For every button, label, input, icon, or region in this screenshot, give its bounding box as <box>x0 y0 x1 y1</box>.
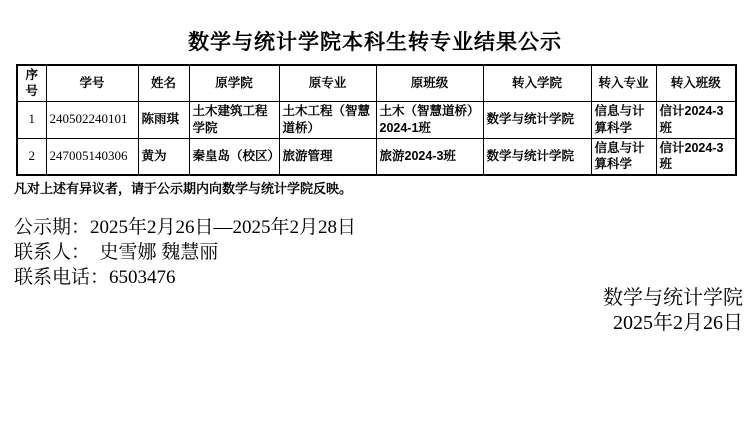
publicity-period: 公示期：2025年2月26日—2025年2月28日 <box>14 215 356 240</box>
cell-target-major: 信息与计算科学 <box>591 101 656 138</box>
contact-phone: 联系电话：6503476 <box>14 265 356 290</box>
cell-original-college: 土木建筑工程学院 <box>189 101 279 138</box>
cell-name: 黄为 <box>138 138 189 175</box>
page-title: 数学与统计学院本科生转专业结果公示 <box>0 26 750 56</box>
cell-target-college: 数学与统计学院 <box>483 138 591 175</box>
cell-target-major: 信息与计算科学 <box>591 138 656 175</box>
col-header-index: 序号 <box>17 65 46 101</box>
table-row: 1 240502240101 陈雨琪 土木建筑工程学院 土木工程（智慧道桥） 土… <box>17 101 736 138</box>
announcement-document: 数学与统计学院本科生转专业结果公示 序号 学号 姓名 原学院 原专业 原班级 转… <box>0 0 750 434</box>
contact-block: 公示期：2025年2月26日—2025年2月28日 联系人： 史雪娜 魏慧丽 联… <box>14 215 356 290</box>
signature-college: 数学与统计学院 <box>603 286 743 311</box>
col-header-student-id: 学号 <box>46 65 138 101</box>
cell-original-college: 秦皇岛（校区） <box>189 138 279 175</box>
col-header-target-major: 转入专业 <box>591 65 656 101</box>
col-header-original-college: 原学院 <box>189 65 279 101</box>
transfer-results-table: 序号 学号 姓名 原学院 原专业 原班级 转入学院 转入专业 转入班级 1 24… <box>16 64 737 176</box>
cell-original-major: 土木工程（智慧道桥） <box>279 101 376 138</box>
cell-student-id: 240502240101 <box>46 101 138 138</box>
col-header-target-class: 转入班级 <box>656 65 736 101</box>
cell-student-id: 247005140306 <box>46 138 138 175</box>
signature-date: 2025年2月26日 <box>603 311 743 336</box>
cell-target-college: 数学与统计学院 <box>483 101 591 138</box>
table-row: 2 247005140306 黄为 秦皇岛（校区） 旅游管理 旅游2024-3班… <box>17 138 736 175</box>
col-header-original-major: 原专业 <box>279 65 376 101</box>
cell-index: 1 <box>17 101 46 138</box>
cell-target-class: 信计2024-3班 <box>656 101 736 138</box>
cell-target-class: 信计2024-3班 <box>656 138 736 175</box>
cell-original-class: 土木（智慧道桥）2024-1班 <box>376 101 483 138</box>
cell-name: 陈雨琪 <box>138 101 189 138</box>
objection-note: 凡对上述有异议者，请于公示期内向数学与统计学院反映。 <box>14 178 352 197</box>
signature-block: 数学与统计学院 2025年2月26日 <box>603 286 743 336</box>
table-header-row: 序号 学号 姓名 原学院 原专业 原班级 转入学院 转入专业 转入班级 <box>17 65 736 101</box>
col-header-original-class: 原班级 <box>376 65 483 101</box>
col-header-name: 姓名 <box>138 65 189 101</box>
col-header-target-college: 转入学院 <box>483 65 591 101</box>
cell-original-class: 旅游2024-3班 <box>376 138 483 175</box>
contact-person: 联系人： 史雪娜 魏慧丽 <box>14 240 356 265</box>
cell-original-major: 旅游管理 <box>279 138 376 175</box>
cell-index: 2 <box>17 138 46 175</box>
